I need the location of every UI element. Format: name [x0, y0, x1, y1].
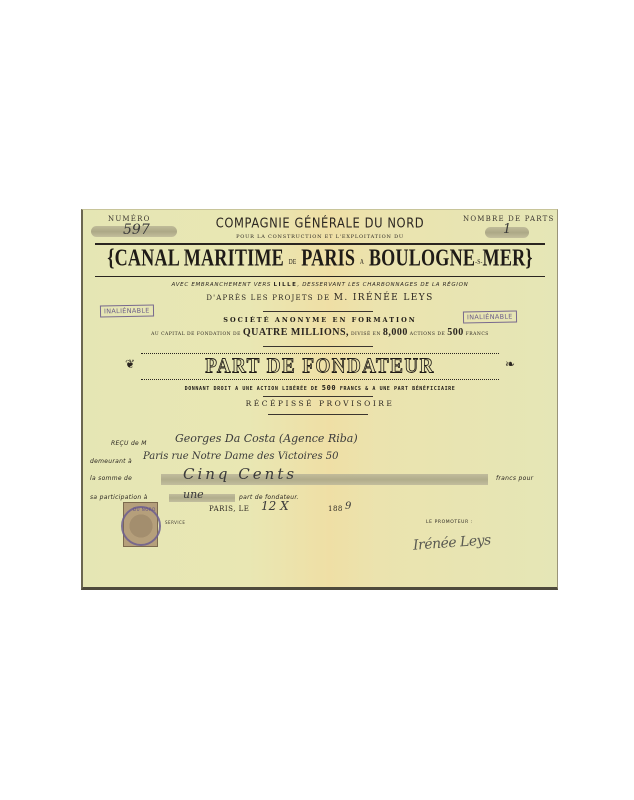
participation-label: sa participation à	[90, 494, 148, 501]
title-part-canal: CANAL MARITIME	[115, 245, 284, 271]
title-part-boulogne: BOULOGNE	[369, 245, 475, 271]
capital-shares: 8,000	[383, 327, 408, 338]
recu-label: REÇU de M	[111, 440, 147, 447]
service-label: SERVICE	[165, 520, 185, 525]
demeurant-value: Paris rue Notre Dame des Victoires 50	[143, 451, 339, 462]
divider-rule-4	[268, 414, 368, 415]
year-prefix: 188	[328, 505, 343, 513]
ornament-right-icon: ❧	[505, 357, 515, 371]
capital-line: AU CAPITAL DE FONDATION DE QUATRE MILLIO…	[83, 327, 557, 338]
somme-suffix: francs pour	[496, 475, 533, 482]
title-bottom-rule	[95, 276, 545, 277]
ornament-left-icon: ❦	[125, 357, 135, 371]
demeurant-label: demeurant à	[90, 458, 132, 465]
title-sur: -S-	[475, 259, 482, 267]
donnant-suffix: FRANCS & A UNE PART BÉNÉFICIAIRE	[340, 386, 456, 392]
participation-value: une	[183, 488, 204, 501]
projets-prefix: D'APRÈS LES PROJETS DE	[206, 294, 330, 302]
branch-city: LILLE	[274, 282, 298, 288]
donnant-line: DONNANT DROIT A UNE ACTION LIBÉRÉE DE 50…	[83, 384, 557, 392]
projets-line: D'APRÈS LES PROJETS DE M. IRÉNÉE LEYS	[83, 293, 557, 303]
title-part-mer: MER	[483, 245, 526, 271]
somme-label: la somme de	[90, 475, 132, 482]
brace-left: {	[107, 245, 114, 271]
paris-date-label: PARIS, LE	[209, 505, 249, 513]
promoteur-signature: Irénée Leys	[413, 532, 492, 553]
year-value: 9	[345, 501, 351, 512]
founder-share-certificate: NUMÉRO 597 NOMBRE DE PARTS 1 COMPAGNIE G…	[81, 209, 558, 590]
societe-line: SOCIÉTÉ ANONYME EN FORMATION	[83, 316, 557, 324]
title-a: A	[360, 259, 364, 267]
divider-rule-2	[263, 346, 373, 347]
main-title: {CANAL MARITIME DE PARIS A BOULOGNE-S-ME…	[100, 245, 541, 273]
purpose-line: POUR LA CONSTRUCTION ET L'EXPLOITATION D…	[83, 234, 557, 240]
title-de: DE	[289, 259, 297, 267]
branch-line: AVEC EMBRANCHEMENT VERS LILLE, DESSERVAN…	[83, 282, 557, 288]
brace-right: }	[525, 245, 532, 271]
somme-value: Cinq Cents	[183, 465, 297, 483]
banner-title: PART DE FONDATEUR	[205, 354, 435, 378]
capital-share-value: 500	[447, 327, 464, 338]
branch-suffix: , DESSERVANT LES CHARBONNAGES DE LA RÉGI…	[297, 282, 468, 288]
recu-value: Georges Da Costa (Agence Riba)	[175, 432, 358, 445]
capital-amount: QUATRE MILLIONS,	[243, 327, 349, 338]
capital-prefix: AU CAPITAL DE FONDATION DE	[151, 332, 241, 337]
divider-rule	[263, 311, 373, 312]
promoteur-label: LE PROMOTEUR :	[426, 520, 473, 525]
projets-name: M. IRÉNÉE LEYS	[334, 293, 434, 303]
date-value: 12 X	[261, 499, 289, 513]
part-de-fondateur-banner: PART DE FONDATEUR	[141, 353, 499, 380]
branch-prefix: AVEC EMBRANCHEMENT VERS	[172, 282, 272, 288]
company-seal	[121, 506, 161, 546]
capital-francs: FRANCS	[466, 332, 489, 337]
recepisse-title: RÉCÉPISSÉ PROVISOIRE	[83, 399, 557, 408]
capital-divise: DIVISÉ EN	[351, 332, 381, 337]
title-part-paris: PARIS	[301, 245, 355, 271]
seal-text: DU NORD	[133, 507, 156, 512]
donnant-amount: 500	[322, 384, 336, 392]
divider-rule-3	[263, 396, 373, 397]
company-name: COMPAGNIE GÉNÉRALE DU NORD	[83, 215, 557, 231]
donnant-prefix: DONNANT DROIT A UNE ACTION LIBÉRÉE DE	[185, 386, 319, 392]
capital-actions: ACTIONS DE	[410, 332, 446, 337]
